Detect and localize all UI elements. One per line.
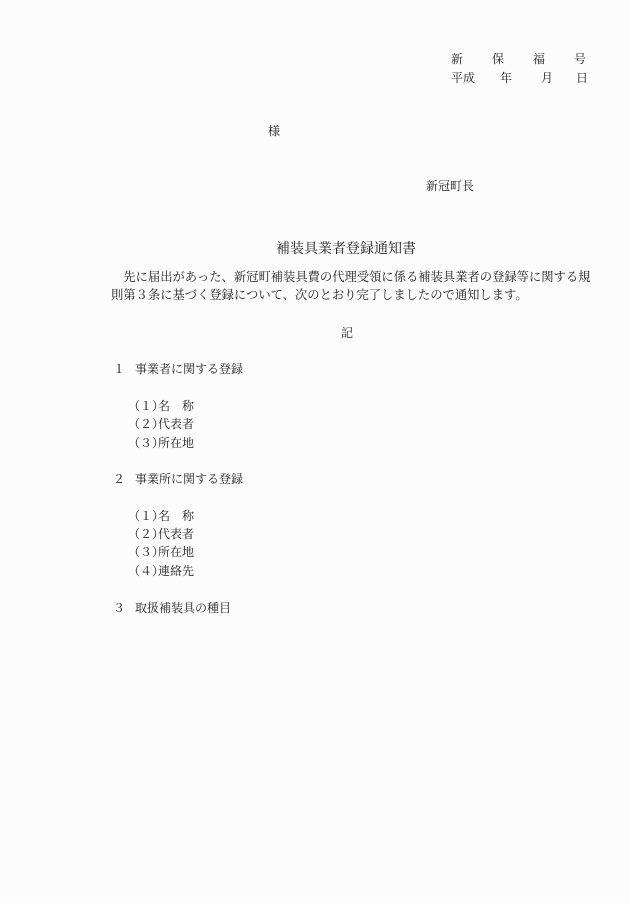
item-label: 名 称 — [158, 399, 194, 413]
item-number: （２） — [128, 528, 158, 540]
section-2-item-2: （２）代表者 — [128, 528, 194, 540]
sender: 新冠町長 — [426, 180, 474, 192]
section-number: ３ — [113, 602, 135, 614]
item-number: （１） — [128, 510, 158, 522]
issue-date: 平成 年 月 日 — [451, 69, 588, 86]
section-1-item-2: （２）代表者 — [128, 418, 194, 430]
ki-heading: 記 — [341, 327, 353, 339]
body-paragraph: 先に届出があった、新冠町補装具費の代理受領に係る補装具業者の登録等に関する規 則… — [111, 268, 586, 304]
date-day: 日 — [576, 69, 588, 86]
item-label: 代表者 — [158, 527, 194, 541]
section-2-item-4: （４）連絡先 — [128, 565, 194, 577]
ref-prefix-2: 保 — [492, 50, 533, 67]
section-2-item-3: （３）所在地 — [128, 546, 194, 558]
item-number: （３） — [128, 546, 158, 558]
item-label: 連絡先 — [158, 564, 194, 578]
item-number: （１） — [128, 400, 158, 412]
item-label: 代表者 — [158, 417, 194, 431]
section-1-item-3: （３）所在地 — [128, 437, 194, 449]
section-2-item-1: （１）名 称 — [128, 510, 194, 522]
section-title: 取扱補装具の種目 — [135, 601, 231, 615]
section-2-heading: ２事業所に関する登録 — [113, 473, 243, 485]
reference-number: 新 保 福 号 — [451, 50, 586, 67]
item-label: 名 称 — [158, 509, 194, 523]
date-month: 月 — [541, 69, 576, 86]
section-1-heading: １事業者に関する登録 — [113, 363, 243, 375]
date-era: 平成 — [451, 69, 500, 86]
ref-prefix-1: 新 — [451, 50, 492, 67]
body-line-2: 則第３条に基づく登録について、次のとおり完了しましたので通知します。 — [111, 286, 586, 304]
ref-prefix-3: 福 — [533, 50, 574, 67]
document-title: 補装具業者登録通知書 — [0, 242, 630, 256]
ref-suffix: 号 — [574, 50, 586, 67]
section-number: １ — [113, 363, 135, 375]
document-title-text: 補装具業者登録通知書 — [276, 242, 416, 256]
section-title: 事業所に関する登録 — [135, 472, 243, 486]
body-line-1: 先に届出があった、新冠町補装具費の代理受領に係る補装具業者の登録等に関する規 — [111, 268, 586, 286]
date-year: 年 — [500, 69, 541, 86]
item-number: （４） — [128, 565, 158, 577]
item-label: 所在地 — [158, 436, 194, 450]
section-number: ２ — [113, 473, 135, 485]
section-title: 事業者に関する登録 — [135, 362, 243, 376]
item-number: （３） — [128, 437, 158, 449]
item-label: 所在地 — [158, 545, 194, 559]
section-1-item-1: （１）名 称 — [128, 400, 194, 412]
addressee: 様 — [268, 125, 280, 137]
item-number: （２） — [128, 418, 158, 430]
section-3-heading: ３取扱補装具の種目 — [113, 602, 231, 614]
